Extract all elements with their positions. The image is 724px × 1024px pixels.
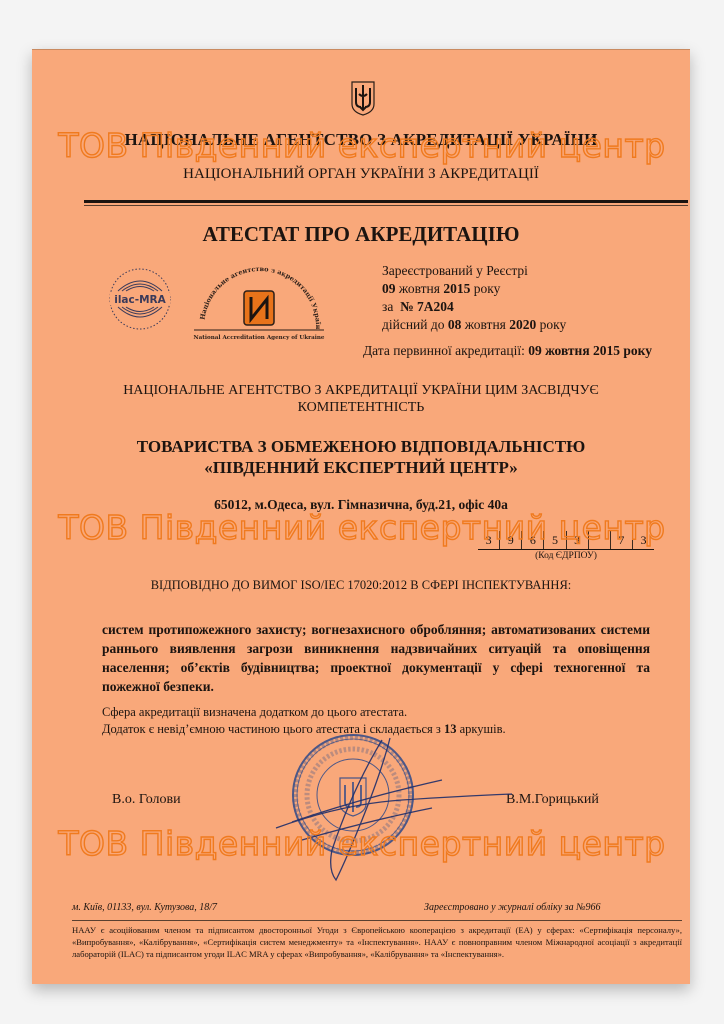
journal-registration: Зареєстровано у журналі обліку за №966 <box>424 902 601 913</box>
header-divider <box>84 200 688 203</box>
registration-block: Зареєстрований у Реєстрі 09 жовтня 2015 … <box>382 262 566 334</box>
valid-until: дійсний до 08 жовтня 2020 року <box>382 316 566 334</box>
certify-statement: НАЦІОНАЛЬНЕ АГЕНТСТВО З АКРЕДИТАЦІЇ УКРА… <box>32 382 690 416</box>
edrpou-digit <box>588 531 610 549</box>
edrpou-digit: 6 <box>521 531 543 549</box>
registry-date: 09 жовтня 2015 року <box>382 280 566 298</box>
agency-name: НАЦІОНАЛЬНЕ АГЕНТСТВО З АКРЕДИТАЦІЇ УКРА… <box>32 130 690 150</box>
national-body-name: НАЦІОНАЛЬНИЙ ОРГАН УКРАЇНИ З АКРЕДИТАЦІЇ <box>32 166 690 183</box>
standard-requirement: ВІДПОВІДНО ДО ВИМОГ ISO/IEC 17020:2012 В… <box>32 578 690 593</box>
ilac-mra-logo-icon: ilac-MRA <box>108 267 172 331</box>
signatory-role: В.о. Голови <box>112 792 181 808</box>
trident-coat-of-arms-icon <box>350 80 376 116</box>
certificate-title: АТЕСТАТ ПРО АКРЕДИТАЦІЮ <box>32 222 690 247</box>
handwritten-signature-icon <box>232 730 532 890</box>
first-accreditation-date: Дата первинної акредитації: 09 жовтня 20… <box>332 343 652 359</box>
registry-line: Зареєстрований у Реєстрі <box>382 262 566 280</box>
footer-note: НААУ є асоційованим членом та підписанто… <box>72 924 682 960</box>
naau-logo-icon: Національне агентство з акредитації Укра… <box>190 255 328 343</box>
accreditation-scope: систем протипожежного захисту; вогнезахи… <box>102 620 650 696</box>
edrpou-digit: 7 <box>610 531 632 549</box>
svg-text:ilac-MRA: ilac-MRA <box>114 294 166 306</box>
edrpou-code: 3965373 <box>478 531 654 550</box>
footer-divider <box>72 920 682 921</box>
edrpou-digit: 3 <box>632 531 654 549</box>
edrpou-digit: 9 <box>499 531 521 549</box>
svg-text:National Accreditation Agency: National Accreditation Agency of Ukraine <box>194 335 325 341</box>
organization-name: ТОВАРИСТВА З ОБМЕЖЕНОЮ ВІДПОВІДАЛЬНІСТЮ … <box>32 436 690 478</box>
header-divider-thin <box>84 205 688 206</box>
organization-address: 65012, м.Одеса, вул. Гімназична, буд.21,… <box>32 497 690 513</box>
edrpou-label: (Код ЄДРПОУ) <box>478 551 654 561</box>
edrpou-digit: 3 <box>566 531 588 549</box>
edrpou-digit: 3 <box>478 531 499 549</box>
agency-address: м. Київ, 01133, вул. Кутузова, 18/7 <box>72 902 217 913</box>
certificate-page: НАЦІОНАЛЬНЕ АГЕНТСТВО З АКРЕДИТАЦІЇ УКРА… <box>32 49 690 984</box>
edrpou-digit: 5 <box>543 531 565 549</box>
registry-number: за № 7А204 <box>382 298 566 316</box>
